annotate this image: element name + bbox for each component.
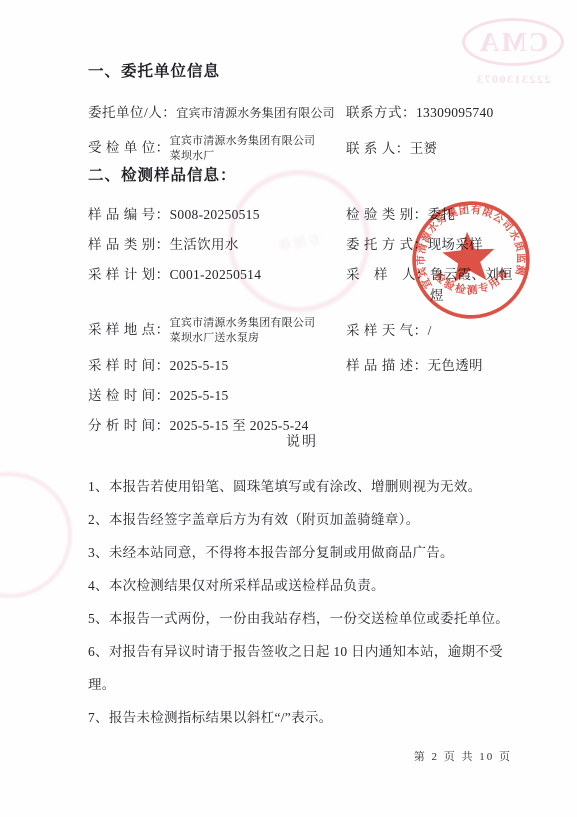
stamp-star-icon (441, 230, 497, 283)
section1-title: 一、委托单位信息 (88, 60, 514, 84)
note-item-4: 4、本次检测结果仅对所采样品或送检样品负责。 (88, 569, 516, 602)
page-number: 第 2 页 共 10 页 (378, 748, 512, 764)
field-row-client: 委托单位/人： 宜宾市清源水务集团有限公司 联系方式： 13309095740 (88, 102, 514, 124)
cma-logo: CMA (462, 18, 564, 66)
sample-type-label: 样 品 类 别： (88, 234, 170, 255)
section2-title: 二、检测样品信息： (88, 164, 514, 188)
sample-description-label: 样 品 描 述： (346, 355, 428, 376)
delivery-time-label: 送 检 时 间： (88, 385, 170, 406)
contact-person-value: 王赟 (410, 138, 438, 159)
notes-title: 说明 (88, 428, 516, 458)
note-item-7: 7、报告未检测指标结果以斜杠“/”表示。 (88, 701, 516, 734)
sampling-location-label: 采 样 地 点： (88, 315, 170, 346)
note-item-1: 1、本报告若使用铅笔、圆珠笔填写或有涂改、增删则视为无效。 (88, 470, 516, 503)
bleed-stamp-left (0, 472, 72, 598)
field-row-sampling-time: 采 样 时 间： 2025-5-15 样 品 描 述： 无色透明 (88, 355, 514, 376)
field-row-delivery-time: 送 检 时 间： 2025-5-15 (88, 385, 514, 406)
client-value: 宜宾市清源水务集团有限公司 (176, 102, 335, 124)
sample-description-value: 无色透明 (428, 355, 483, 376)
sampling-time-value: 2025-5-15 (170, 355, 229, 376)
report-page: CMA 2223130073 专用章 一、委托单位信息 委托单位/人： 宜宾市清… (0, 0, 577, 817)
stamp-graphic: 宜宾市清源水务集团有限公司水质监测 检验检测专用章 (401, 190, 542, 331)
field-row-inspected-unit: 受 检 单 位： 宜宾市清源水务集团有限公司 菜坝水厂 联 系 人： 王赟 (88, 133, 514, 164)
sampling-location-line1: 宜宾市清源水务集团有限公司 (170, 317, 316, 329)
note-item-6: 6、对报告有异议时请于报告签收之日起 10 日内通知本站，逾期不受理。 (88, 635, 516, 701)
sampling-plan-value: C001-20250514 (170, 264, 262, 306)
official-stamp: 宜宾市清源水务集团有限公司水质监测 检验检测专用章 (401, 190, 542, 331)
contact-method-value: 13309095740 (416, 102, 494, 124)
contact-person-label: 联 系 人： (346, 138, 410, 159)
delivery-time-value: 2025-5-15 (170, 385, 229, 406)
inspected-unit-line1: 宜宾市清源水务集团有限公司 (170, 135, 316, 147)
note-item-5: 5、本报告一式两份，一份由我站存档，一份交送检单位或委托单位。 (88, 602, 516, 635)
sample-type-value: 生活饮用水 (170, 234, 239, 255)
notes-section: 说明 1、本报告若使用铅笔、圆珠笔填写或有涂改、增删则视为无效。 2、本报告经签… (88, 428, 516, 734)
sampling-location-line2: 菜坝水厂送水泵房 (170, 332, 260, 344)
note-item-3: 3、未经本站同意，不得将本报告部分复制或用做商品广告。 (88, 536, 516, 569)
sample-no-value: S008-20250515 (170, 204, 260, 225)
sample-no-label: 样 品 编 号： (88, 204, 170, 225)
client-label: 委托单位/人： (88, 102, 176, 124)
section-client-info: 一、委托单位信息 委托单位/人： 宜宾市清源水务集团有限公司 联系方式： 133… (88, 60, 514, 173)
inspected-unit-line2: 菜坝水厂 (170, 150, 215, 162)
sampling-time-label: 采 样 时 间： (88, 355, 170, 376)
contact-method-label: 联系方式： (346, 102, 416, 124)
inspected-unit-label: 受 检 单 位： (88, 133, 170, 164)
note-item-2: 2、本报告经签字盖章后方为有效（附页加盖骑缝章）。 (88, 503, 516, 536)
sampling-plan-label: 采 样 计 划： (88, 264, 170, 306)
